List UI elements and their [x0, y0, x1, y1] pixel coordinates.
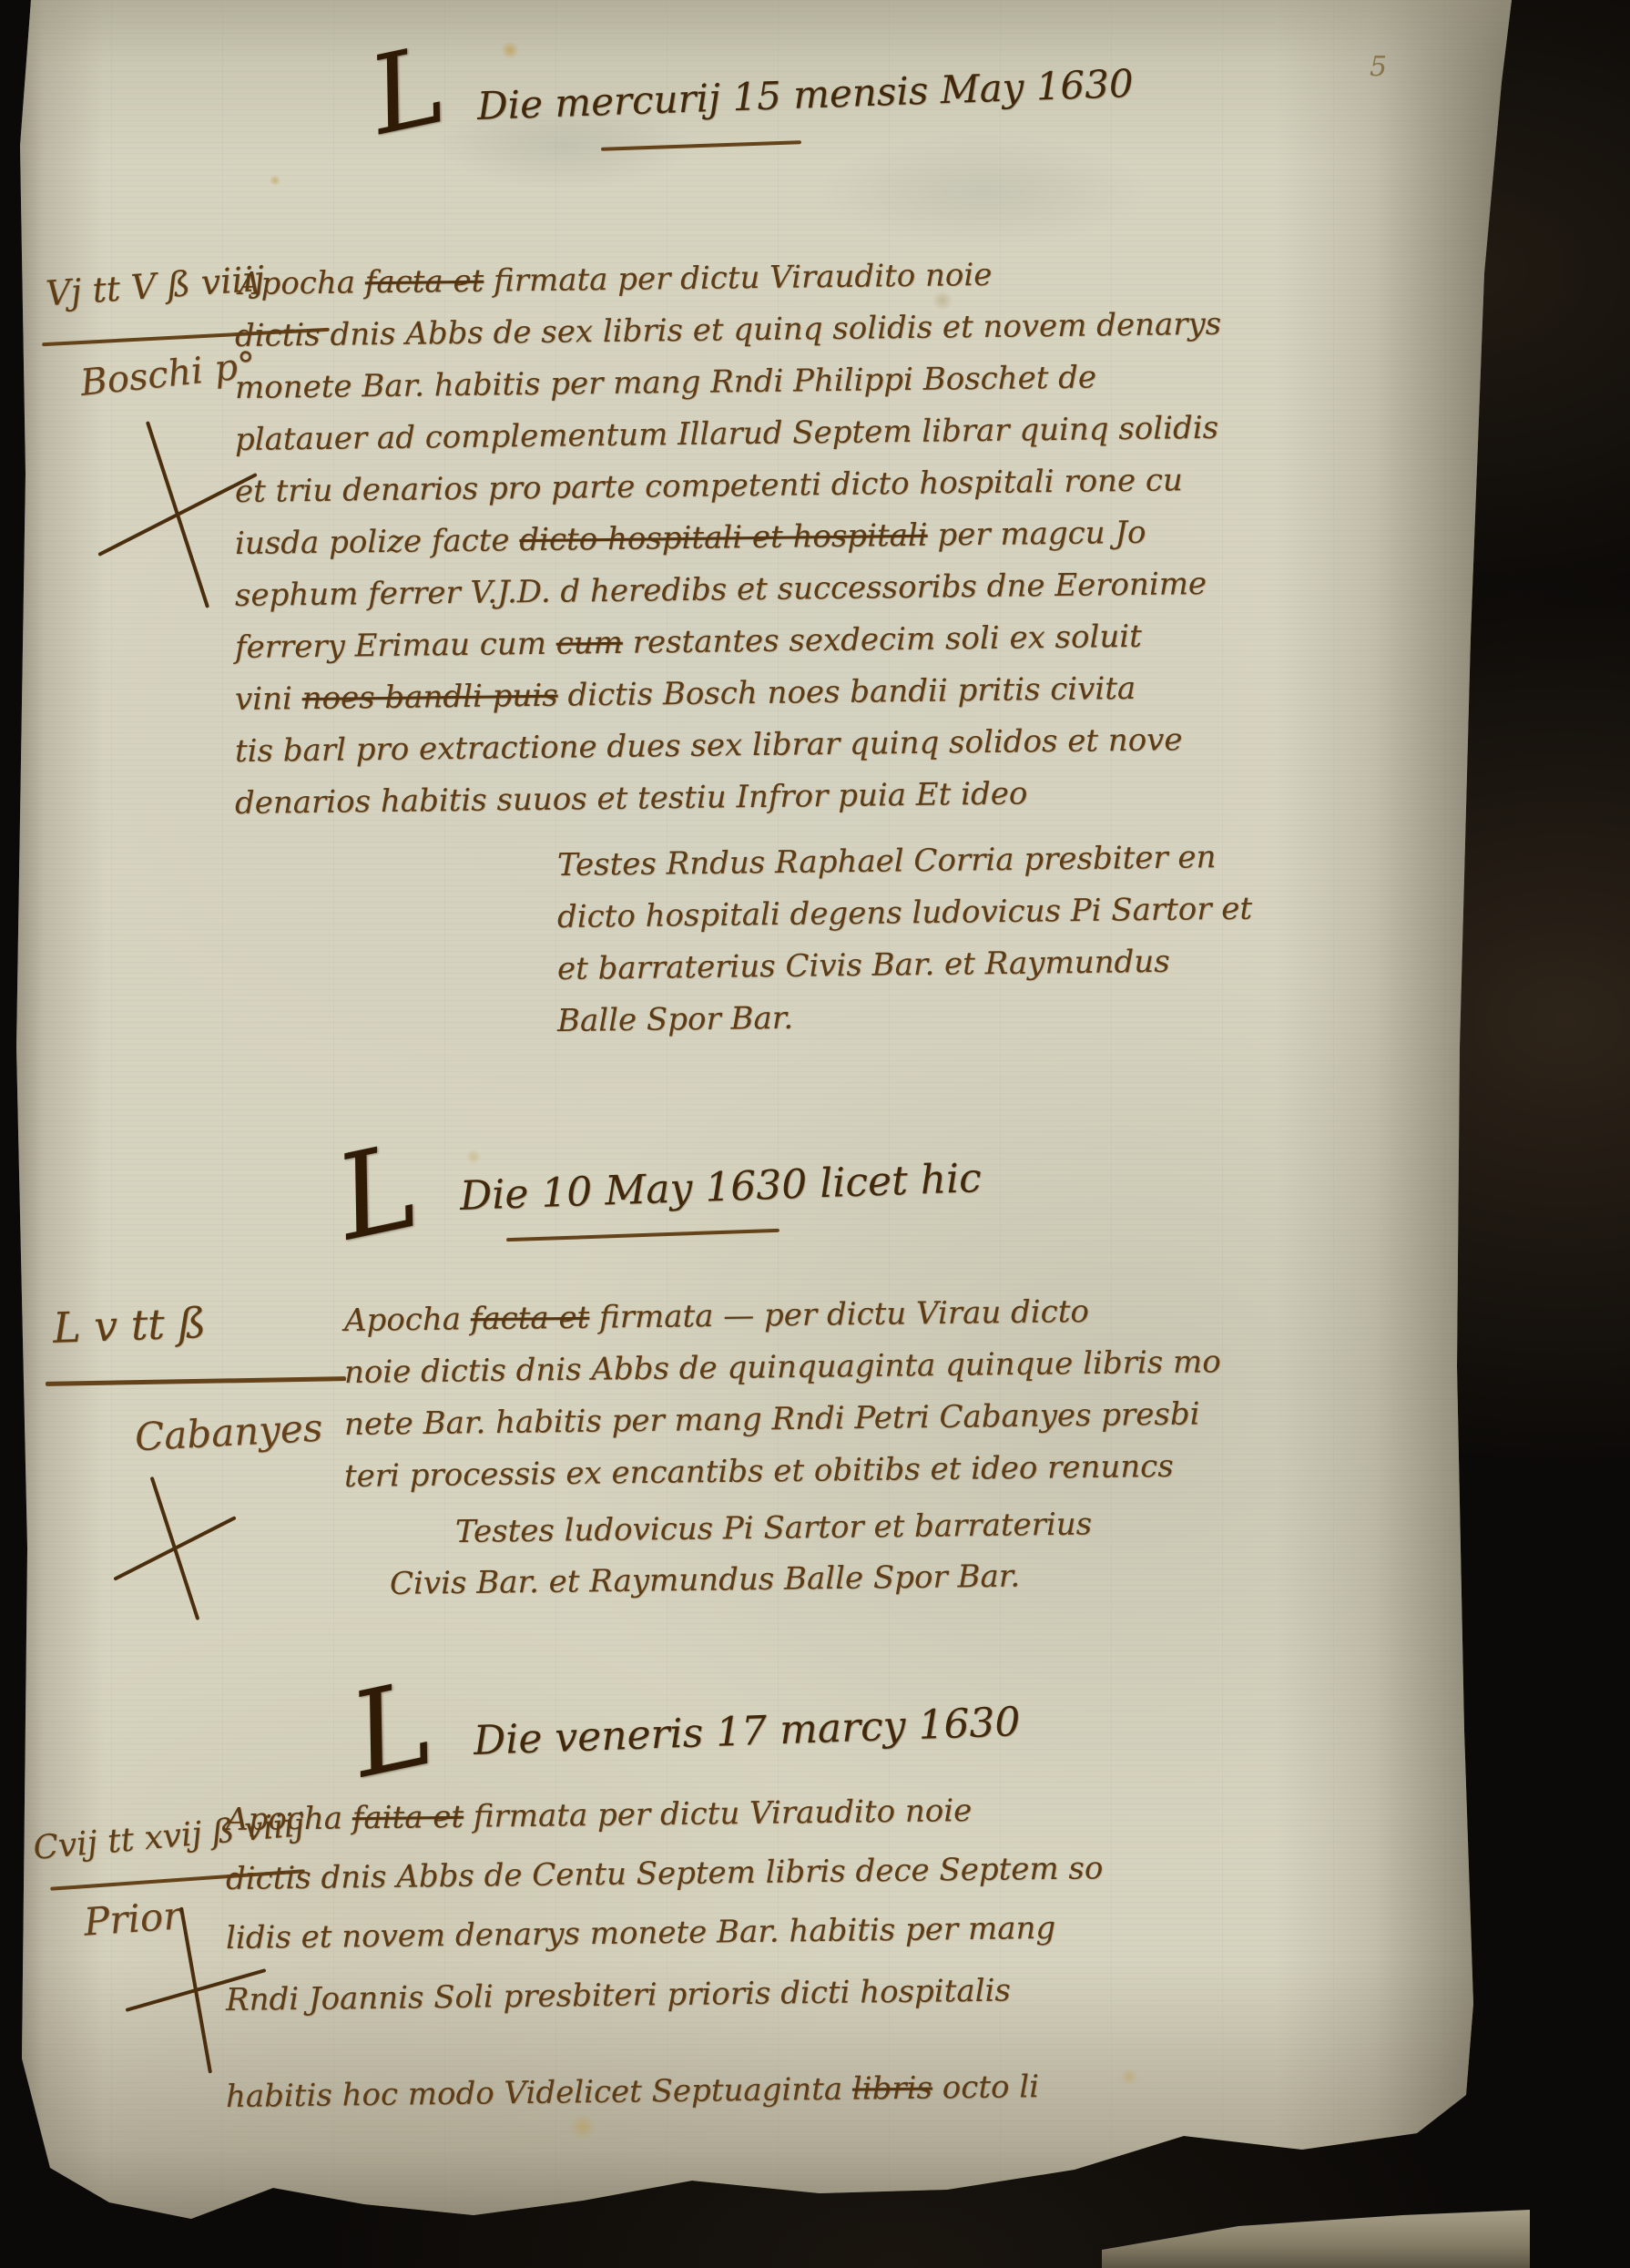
margin-name: Boschi p° — [78, 344, 258, 404]
text-segment: habitis hoc modo Videlicet Septuaginta — [226, 2071, 852, 2115]
text-line: teri processis ex encantibs et obitibs e… — [344, 1448, 1174, 1495]
text-line: ferrery Erimau cum cum restantes sexdeci… — [235, 618, 1142, 666]
text-line: tis barl pro extractione dues sex librar… — [235, 721, 1183, 770]
page-edge-below — [1102, 2208, 1530, 2268]
folio-number: 5 — [1370, 51, 1387, 83]
text-line: Apocha facta et firmata — per dictu Vira… — [344, 1293, 1089, 1339]
witness-line: Balle Spor Bar. — [557, 1000, 794, 1039]
text-segment: dictis Bosch noes bandii pritis civita — [557, 670, 1136, 714]
entry2-date-heading: Die 10 May 1630 licet hic — [459, 1155, 982, 1220]
text-segment: Apocha — [226, 1800, 352, 1838]
text-line: noie dictis dnis Abbs de quinquaginta qu… — [344, 1343, 1221, 1391]
text-line: vini noes bandli puis dictis Bosch noes … — [235, 670, 1136, 718]
text-line: habitis hoc modo Videlicet Septuaginta l… — [226, 2069, 1039, 2115]
entry1-date-heading: Die mercurij 15 mensis May 1630 — [476, 61, 1134, 128]
text-segment: firmata — per dictu Virau dicto — [589, 1293, 1089, 1336]
text-line: monete Bar. habitis per mang Rndi Philip… — [235, 359, 1097, 406]
margin-name: Prior — [82, 1893, 182, 1944]
struck-text: noes bandli puis — [301, 678, 557, 717]
cross-stroke — [97, 473, 258, 557]
heading-underline — [506, 1229, 779, 1241]
text-line: lidis et novem denarys monete Bar. habit… — [226, 1910, 1056, 1956]
text-segment: Apocha — [239, 264, 365, 302]
witness-line: Testes ludovicus Pi Sartor et barrateriu… — [455, 1506, 1093, 1550]
margin-amount: L v tt ß — [52, 1298, 207, 1353]
paraph-flourish: L — [342, 1666, 443, 1796]
text-line: dictis dnis Abbs de sex libris et quinq … — [235, 306, 1222, 354]
text-line: et triu denarios pro parte competenti di… — [235, 462, 1183, 510]
witness-line: Testes Rndus Raphael Corria presbiter en — [557, 839, 1217, 884]
paraph-flourish: L — [362, 30, 453, 150]
struck-text: libris — [852, 2070, 933, 2108]
text-segment: octo li — [932, 2069, 1039, 2106]
text-segment: ferrery Erimau cum — [235, 626, 556, 666]
amount-underline — [46, 1376, 346, 1386]
text-line: Rndi Joannis Soli presbiteri prioris dic… — [226, 1972, 1011, 2018]
witness-line: Civis Bar. et Raymundus Balle Spor Bar. — [390, 1558, 1021, 1602]
witness-line: dicto hospitali degens ludovicus Pi Sart… — [557, 891, 1253, 935]
text-line: Apocha facta et firmata per dictu Viraud… — [239, 257, 993, 302]
margin-amount: Vj tt V ß viiij — [45, 259, 266, 314]
text-line: nete Bar. habitis per mang Rndi Petri Ca… — [344, 1396, 1200, 1443]
struck-text: dicto hospitali et hospitali — [519, 517, 928, 558]
margin-name: Cabanyes — [134, 1405, 324, 1460]
text-segment: restantes sexdecim soli ex soluit — [623, 618, 1142, 661]
photograph-backdrop: 5 L Die mercurij 15 mensis May 1630 Vj t… — [0, 0, 1630, 2268]
heading-underline — [601, 140, 801, 151]
cross-stroke — [113, 1516, 236, 1581]
text-segment: iusda polize facte — [235, 522, 520, 562]
text-segment: firmata per dictu Viraudito noie — [484, 257, 993, 300]
paraph-flourish: L — [328, 1129, 428, 1259]
text-segment: vini — [235, 680, 302, 718]
text-line: dictis dnis Abbs de Centu Septem libris … — [226, 1850, 1104, 1897]
manuscript-page: 5 L Die mercurij 15 mensis May 1630 Vj t… — [0, 0, 1519, 2268]
text-segment: firmata per dictu Viraudito noie — [464, 1793, 973, 1835]
struck-text: faita et — [352, 1799, 464, 1836]
text-segment: Apocha — [344, 1301, 471, 1339]
struck-text: cum — [555, 625, 623, 662]
text-line: Apocha faita et firmata per dictu Viraud… — [226, 1793, 973, 1838]
text-line: iusda polize facte dicto hospitali et ho… — [235, 515, 1146, 562]
entry3-date-heading: Die veneris 17 marcy 1630 — [473, 1699, 1021, 1764]
struck-text: facta et — [471, 1300, 590, 1338]
text-line: sephum ferrer V.J.D. d heredibs et succe… — [235, 566, 1207, 614]
witness-line: et barraterius Civis Bar. et Raymundus — [557, 944, 1170, 987]
text-line: platauer ad complementum Illarud Septem … — [235, 410, 1219, 458]
text-line: denarios habitis suuos et testiu Infror … — [235, 775, 1028, 822]
text-segment: per magcu Jo — [927, 515, 1146, 554]
struck-text: facta et — [365, 263, 484, 301]
